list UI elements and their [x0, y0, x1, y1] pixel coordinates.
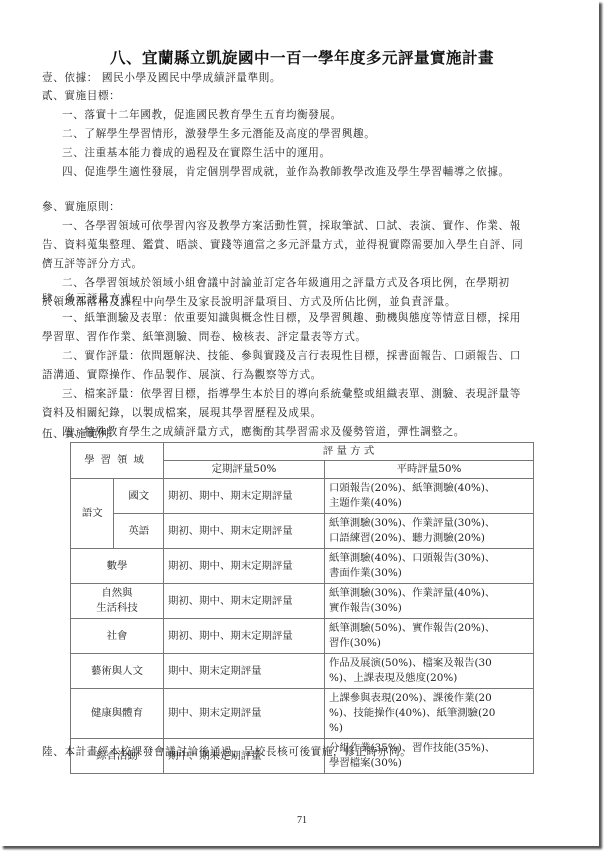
- ordinary-line: 紙筆測驗(30%)、作業評量(40%)、: [329, 586, 529, 601]
- ordinary-line: 作品及展演(50%)、檔案及報告(30: [329, 656, 529, 671]
- method-line: 學習單、習作作業、紙筆測驗、問卷、檢核表、評定量表等方式。: [42, 329, 367, 344]
- principles-heading: 參、實施原則：: [42, 199, 120, 214]
- goals-heading: 貳、實施目標：: [42, 88, 120, 103]
- table-row: 健康與體育 期中、期末定期評量 上課參與表現(20%)、課後作業(20 %)、技…: [71, 689, 534, 739]
- ordinary-line: 上課參與表現(20%)、課後作業(20: [329, 691, 529, 706]
- ordinary-cell: 作品及展演(50%)、檔案及報告(30 %)、上課表現及態度(20%): [325, 654, 534, 689]
- periodic-cell: 期初、期中、期末定期評量: [164, 584, 325, 619]
- table-row: 自然與 生活科技 期初、期中、期末定期評量 紙筆測驗(30%)、作業評量(40%…: [71, 584, 534, 619]
- table-row: 社會 期初、期中、期末定期評量 紙筆測驗(50%)、實作報告(20%)、 習作(…: [71, 619, 534, 654]
- header-ordinary: 平時評量50%: [325, 461, 534, 479]
- domain-cell: 社會: [71, 619, 164, 654]
- goal-item: 一、落實十二年國教，促進國民教育學生五育均衡發展。: [62, 107, 342, 122]
- goal-item: 四、促進學生適性發展，肯定個別學習成就，並作為教師教學改進及學生學習輔導之依據。: [62, 164, 510, 179]
- periodic-cell: 期初、期中、期末定期評量: [164, 619, 325, 654]
- domain-cell: 數學: [71, 549, 164, 584]
- ordinary-line: 口頭報告(20%)、紙筆測驗(40%)、: [329, 481, 529, 496]
- principle-line: 儕互評等評分方式。: [42, 256, 143, 271]
- principle-line: 一、各學習領域可依學習內容及教學方案活動性質，採取筆試、口試、表演、實作、作業、…: [62, 218, 521, 233]
- domain-cell: 國文: [114, 479, 164, 514]
- method-line: 二、實作評量：依問題解決、技能、參與實踐及言行表現性目標，採書面報告、口頭報告、…: [62, 348, 521, 363]
- method-line: 資料及相關紀錄，以製成檔案，展現其學習歷程及成果。: [42, 405, 322, 420]
- ordinary-line: %)、技能操作(40%)、紙筆測驗(20: [329, 706, 529, 721]
- ordinary-line: 書面作業(30%): [329, 566, 529, 581]
- principle-line: 告、資料蒐集整理、鑑賞、晤談、實踐等適當之多元評量方式，並得視實際需要加入學生自…: [42, 237, 523, 252]
- ordinary-cell: 紙筆測驗(30%)、作業評量(40%)、 實作報告(30%): [325, 584, 534, 619]
- periodic-cell: 期初、期中、期末定期評量: [164, 479, 325, 514]
- ordinary-line: 習作(30%): [329, 636, 529, 651]
- domain-cell: 自然與 生活科技: [71, 584, 164, 619]
- periodic-cell: 期中、期末定期評量: [164, 654, 325, 689]
- periodic-cell: 期初、期中、期末定期評量: [164, 549, 325, 584]
- table-row: 語文 國文 期初、期中、期末定期評量 口頭報告(20%)、紙筆測驗(40%)、 …: [71, 479, 534, 514]
- basis-line: 壹、依據： 國民小學及國民中學成績評量準則。: [42, 70, 281, 85]
- goal-item: 二、了解學生學習情形，激發學生多元潛能及高度的學習興趣。: [62, 126, 375, 141]
- ordinary-line: 實作報告(30%): [329, 601, 529, 616]
- header-method: 評 量 方 式: [164, 443, 534, 461]
- table-header-row: 學習領域 評 量 方 式: [71, 443, 534, 461]
- methods-heading: 肆、多元評量方式:: [42, 291, 136, 306]
- periodic-cell: 期初、期中、期末定期評量: [164, 514, 325, 549]
- header-periodic: 定期評量50%: [164, 461, 325, 479]
- ordinary-cell: 紙筆測驗(30%)、作業評量(30%)、 口語練習(20%)、聽力測驗(20%): [325, 514, 534, 549]
- document-page: 八、宜蘭縣立凱旋國中一百一學年度多元評量實施計畫 壹、依據： 國民小學及國民中學…: [0, 0, 599, 846]
- table-row: 數學 期初、期中、期末定期評量 紙筆測驗(40%)、口頭報告(30%)、 書面作…: [71, 549, 534, 584]
- ordinary-line: 紙筆測驗(30%)、作業評量(30%)、: [329, 516, 529, 531]
- goal-item: 三、注重基本能力養成的過程及在實際生活中的運用。: [62, 145, 331, 160]
- table-row: 藝術與人文 期中、期末定期評量 作品及展演(50%)、檔案及報告(30 %)、上…: [71, 654, 534, 689]
- header-domain: 學習領域: [71, 443, 164, 479]
- domain-line: 生活科技: [75, 601, 159, 616]
- ordinary-cell: 紙筆測驗(40%)、口頭報告(30%)、 書面作業(30%): [325, 549, 534, 584]
- domain-cell: 英語: [114, 514, 164, 549]
- ordinary-line: %)、上課表現及態度(20%): [329, 671, 529, 686]
- method-line: 四、特殊教育學生之成績評量方式，應衡酌其學習需求及優勢管道，彈性調整之。: [62, 424, 465, 439]
- table-row: 英語 期初、期中、期末定期評量 紙筆測驗(30%)、作業評量(30%)、 口語練…: [71, 514, 534, 549]
- domain-line: 自然與: [75, 586, 159, 601]
- method-line: 一、紙筆測驗及表單：依重要知識與概念性目標，及學習興趣、動機與態度等情意目標，採…: [62, 310, 521, 325]
- example-heading: 伍、實施範例:: [42, 426, 113, 441]
- domain-group-language: 語文: [71, 479, 114, 549]
- method-line: 三、檔案評量：依學習目標，指導學生本於目的導向系統彙整或組織表單、測驗、表現評量…: [62, 386, 521, 401]
- document-title: 八、宜蘭縣立凱旋國中一百一學年度多元評量實施計畫: [0, 46, 604, 68]
- domain-cell: 健康與體育: [71, 689, 164, 739]
- ordinary-line: 主題作業(40%): [329, 496, 529, 511]
- ordinary-cell: 紙筆測驗(50%)、實作報告(20%)、 習作(30%): [325, 619, 534, 654]
- page-number: 71: [0, 815, 604, 826]
- ordinary-cell: 上課參與表現(20%)、課後作業(20 %)、技能操作(40%)、紙筆測驗(20…: [325, 689, 534, 739]
- domain-cell: 藝術與人文: [71, 654, 164, 689]
- ordinary-line: 紙筆測驗(50%)、實作報告(20%)、: [329, 621, 529, 636]
- principle-line: 二、各學習領域於領域小組會議中討論並訂定各年級適用之評量方式及各項比例，在學期初: [62, 275, 510, 290]
- periodic-cell: 期中、期末定期評量: [164, 689, 325, 739]
- ordinary-line: 口語練習(20%)、聽力測驗(20%): [329, 531, 529, 546]
- ordinary-cell: 口頭報告(20%)、紙筆測驗(40%)、 主題作業(40%): [325, 479, 534, 514]
- ordinary-line: %): [329, 721, 529, 736]
- method-line: 語溝通、實際操作、作品製作、展演、行為觀察等方式。: [42, 367, 322, 382]
- closing-line: 陸、本計畫經本校課發會議討論後通過，呈校長核可後實施，修正時亦同。: [42, 744, 411, 759]
- ordinary-line: 紙筆測驗(40%)、口頭報告(30%)、: [329, 551, 529, 566]
- assessment-table: 學習領域 評 量 方 式 定期評量50% 平時評量50% 語文 國文 期初、期中…: [70, 442, 534, 774]
